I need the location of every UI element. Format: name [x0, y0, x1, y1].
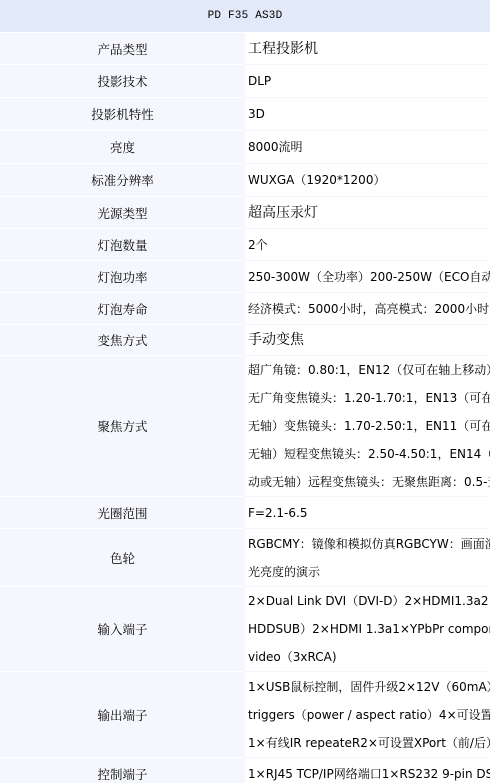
spec-row: 光源类型超高压汞灯 [0, 197, 490, 229]
spec-row: 投影技术DLP [0, 65, 490, 98]
spec-row: 控制端子1×RJ45 TCP/IP网络端口1×RS232 9-pin DSUB [0, 758, 490, 783]
spec-row: 输入端子2×Dual Link DVI（DVI-D）2×HDMI1.3a2×VG… [0, 587, 490, 672]
spec-label: 聚焦方式 [0, 356, 245, 497]
spec-value: 经济模式：5000小时，高亮模式：2000小时 [245, 293, 490, 325]
spec-value-line: 2个 [248, 231, 490, 259]
spec-row: 色轮RGBCMY：镜像和模拟仿真RGBCYW：画面演示RGBCW：高光亮度的演示 [0, 529, 490, 587]
spec-row: 亮度8000流明 [0, 131, 490, 164]
spec-value: 250-300W（全功率）200-250W（ECO自动更换模式） [245, 261, 490, 293]
spec-value-line: 光亮度的演示 [248, 558, 490, 586]
table-header-row: PD F35 AS3D [0, 0, 490, 33]
spec-label: 亮度 [0, 131, 245, 164]
spec-value-line: 250-300W（全功率）200-250W（ECO自动更换模式） [248, 263, 490, 291]
spec-value-line: 经济模式：5000小时，高亮模式：2000小时 [248, 295, 490, 323]
spec-row: 灯泡功率250-300W（全功率）200-250W（ECO自动更换模式） [0, 261, 490, 293]
spec-value: 工程投影机 [245, 33, 490, 65]
spec-label: 投影技术 [0, 65, 245, 98]
spec-value-line: 1×USB鼠标控制，固件升级2×12V（60mA） [248, 673, 490, 701]
spec-label: 产品类型 [0, 33, 245, 65]
spec-label: 灯泡功率 [0, 261, 245, 293]
spec-value: 2×Dual Link DVI（DVI-D）2×HDMI1.3a2×VGA（15… [245, 587, 490, 672]
spec-value-line: 3D [248, 100, 490, 128]
spec-value-line: HDDSUB）2×HDMI 1.3a1×YPbPr component [248, 615, 490, 643]
spec-label: 标准分辨率 [0, 164, 245, 197]
spec-value-line: video（3xRCA) [248, 643, 490, 671]
spec-value-line: 手动变焦 [248, 326, 490, 354]
spec-value: F=2.1-6.5 [245, 497, 490, 529]
spec-value-line: 动或无轴）远程变焦镜头：无聚焦距离：0.5-无 [248, 468, 490, 496]
spec-row: 输出端子1×USB鼠标控制，固件升级2×12V（60mA）triggers（po… [0, 672, 490, 758]
spec-value-line: 8000流明 [248, 133, 490, 161]
spec-row: 产品类型工程投影机 [0, 33, 490, 65]
spec-value-line: 超高压汞灯 [248, 199, 490, 227]
spec-label: 色轮 [0, 529, 245, 587]
spec-value-line: 2×Dual Link DVI（DVI-D）2×HDMI1.3a2×VGA（15… [248, 587, 490, 615]
spec-value: 3D [245, 98, 490, 131]
spec-value-line: WUXGA（1920*1200） [248, 166, 490, 194]
spec-label: 变焦方式 [0, 325, 245, 356]
spec-value: RGBCMY：镜像和模拟仿真RGBCYW：画面演示RGBCW：高光亮度的演示 [245, 529, 490, 587]
spec-value-line: 超广角镜：0.80:1，EN12（仅可在轴上移动）广角镜头： [248, 356, 490, 384]
spec-value-line: 无轴）短程变焦镜头：2.50-4.50:1，EN14（可在轴上移 [248, 440, 490, 468]
spec-label: 输出端子 [0, 672, 245, 758]
spec-value: 1×USB鼠标控制，固件升级2×12V（60mA）triggers（power … [245, 672, 490, 758]
spec-row: 标准分辨率WUXGA（1920*1200） [0, 164, 490, 197]
spec-value-line: 1×RJ45 TCP/IP网络端口1×RS232 9-pin DSUB [248, 760, 490, 783]
spec-value: 超广角镜：0.80:1，EN12（仅可在轴上移动）广角镜头：无广角变焦镜头：1.… [245, 356, 490, 497]
spec-label: 控制端子 [0, 758, 245, 783]
spec-table: PD F35 AS3D 产品类型工程投影机投影技术DLP投影机特性3D亮度800… [0, 0, 490, 783]
spec-value-line: RGBCMY：镜像和模拟仿真RGBCYW：画面演示RGBCW：高 [248, 530, 490, 558]
spec-value: 2个 [245, 229, 490, 261]
spec-row: 灯泡寿命经济模式：5000小时，高亮模式：2000小时 [0, 293, 490, 325]
spec-value-line: triggers（power / aspect ratio）4×可设置IR接收器 [248, 701, 490, 729]
spec-value-line: 工程投影机 [248, 35, 490, 63]
spec-label: 灯泡寿命 [0, 293, 245, 325]
spec-row: 变焦方式手动变焦 [0, 325, 490, 356]
spec-label: 光源类型 [0, 197, 245, 229]
spec-label: 投影机特性 [0, 98, 245, 131]
spec-value: 1×RJ45 TCP/IP网络端口1×RS232 9-pin DSUB [245, 758, 490, 783]
spec-row: 聚焦方式超广角镜：0.80:1，EN12（仅可在轴上移动）广角镜头：无广角变焦镜… [0, 356, 490, 497]
spec-value-line: 1×有线IR repeateR2×可设置XPort（前/后） [248, 729, 490, 757]
spec-value-line: DLP [248, 67, 490, 95]
spec-value: WUXGA（1920*1200） [245, 164, 490, 197]
spec-label: 灯泡数量 [0, 229, 245, 261]
spec-label: 输入端子 [0, 587, 245, 672]
product-model-title: PD F35 AS3D [0, 0, 490, 33]
spec-row: 投影机特性3D [0, 98, 490, 131]
spec-value: 8000流明 [245, 131, 490, 164]
spec-row: 灯泡数量2个 [0, 229, 490, 261]
spec-row: 光圈范围F=2.1-6.5 [0, 497, 490, 529]
spec-value-line: 无广角变焦镜头：1.20-1.70:1，EN13（可在轴上移动或 [248, 384, 490, 412]
spec-value-line: F=2.1-6.5 [248, 499, 490, 527]
spec-value: DLP [245, 65, 490, 98]
spec-value: 超高压汞灯 [245, 197, 490, 229]
spec-value: 手动变焦 [245, 325, 490, 356]
spec-label: 光圈范围 [0, 497, 245, 529]
spec-value-line: 无轴）变焦镜头：1.70-2.50:1，EN11（可在轴上移动或 [248, 412, 490, 440]
